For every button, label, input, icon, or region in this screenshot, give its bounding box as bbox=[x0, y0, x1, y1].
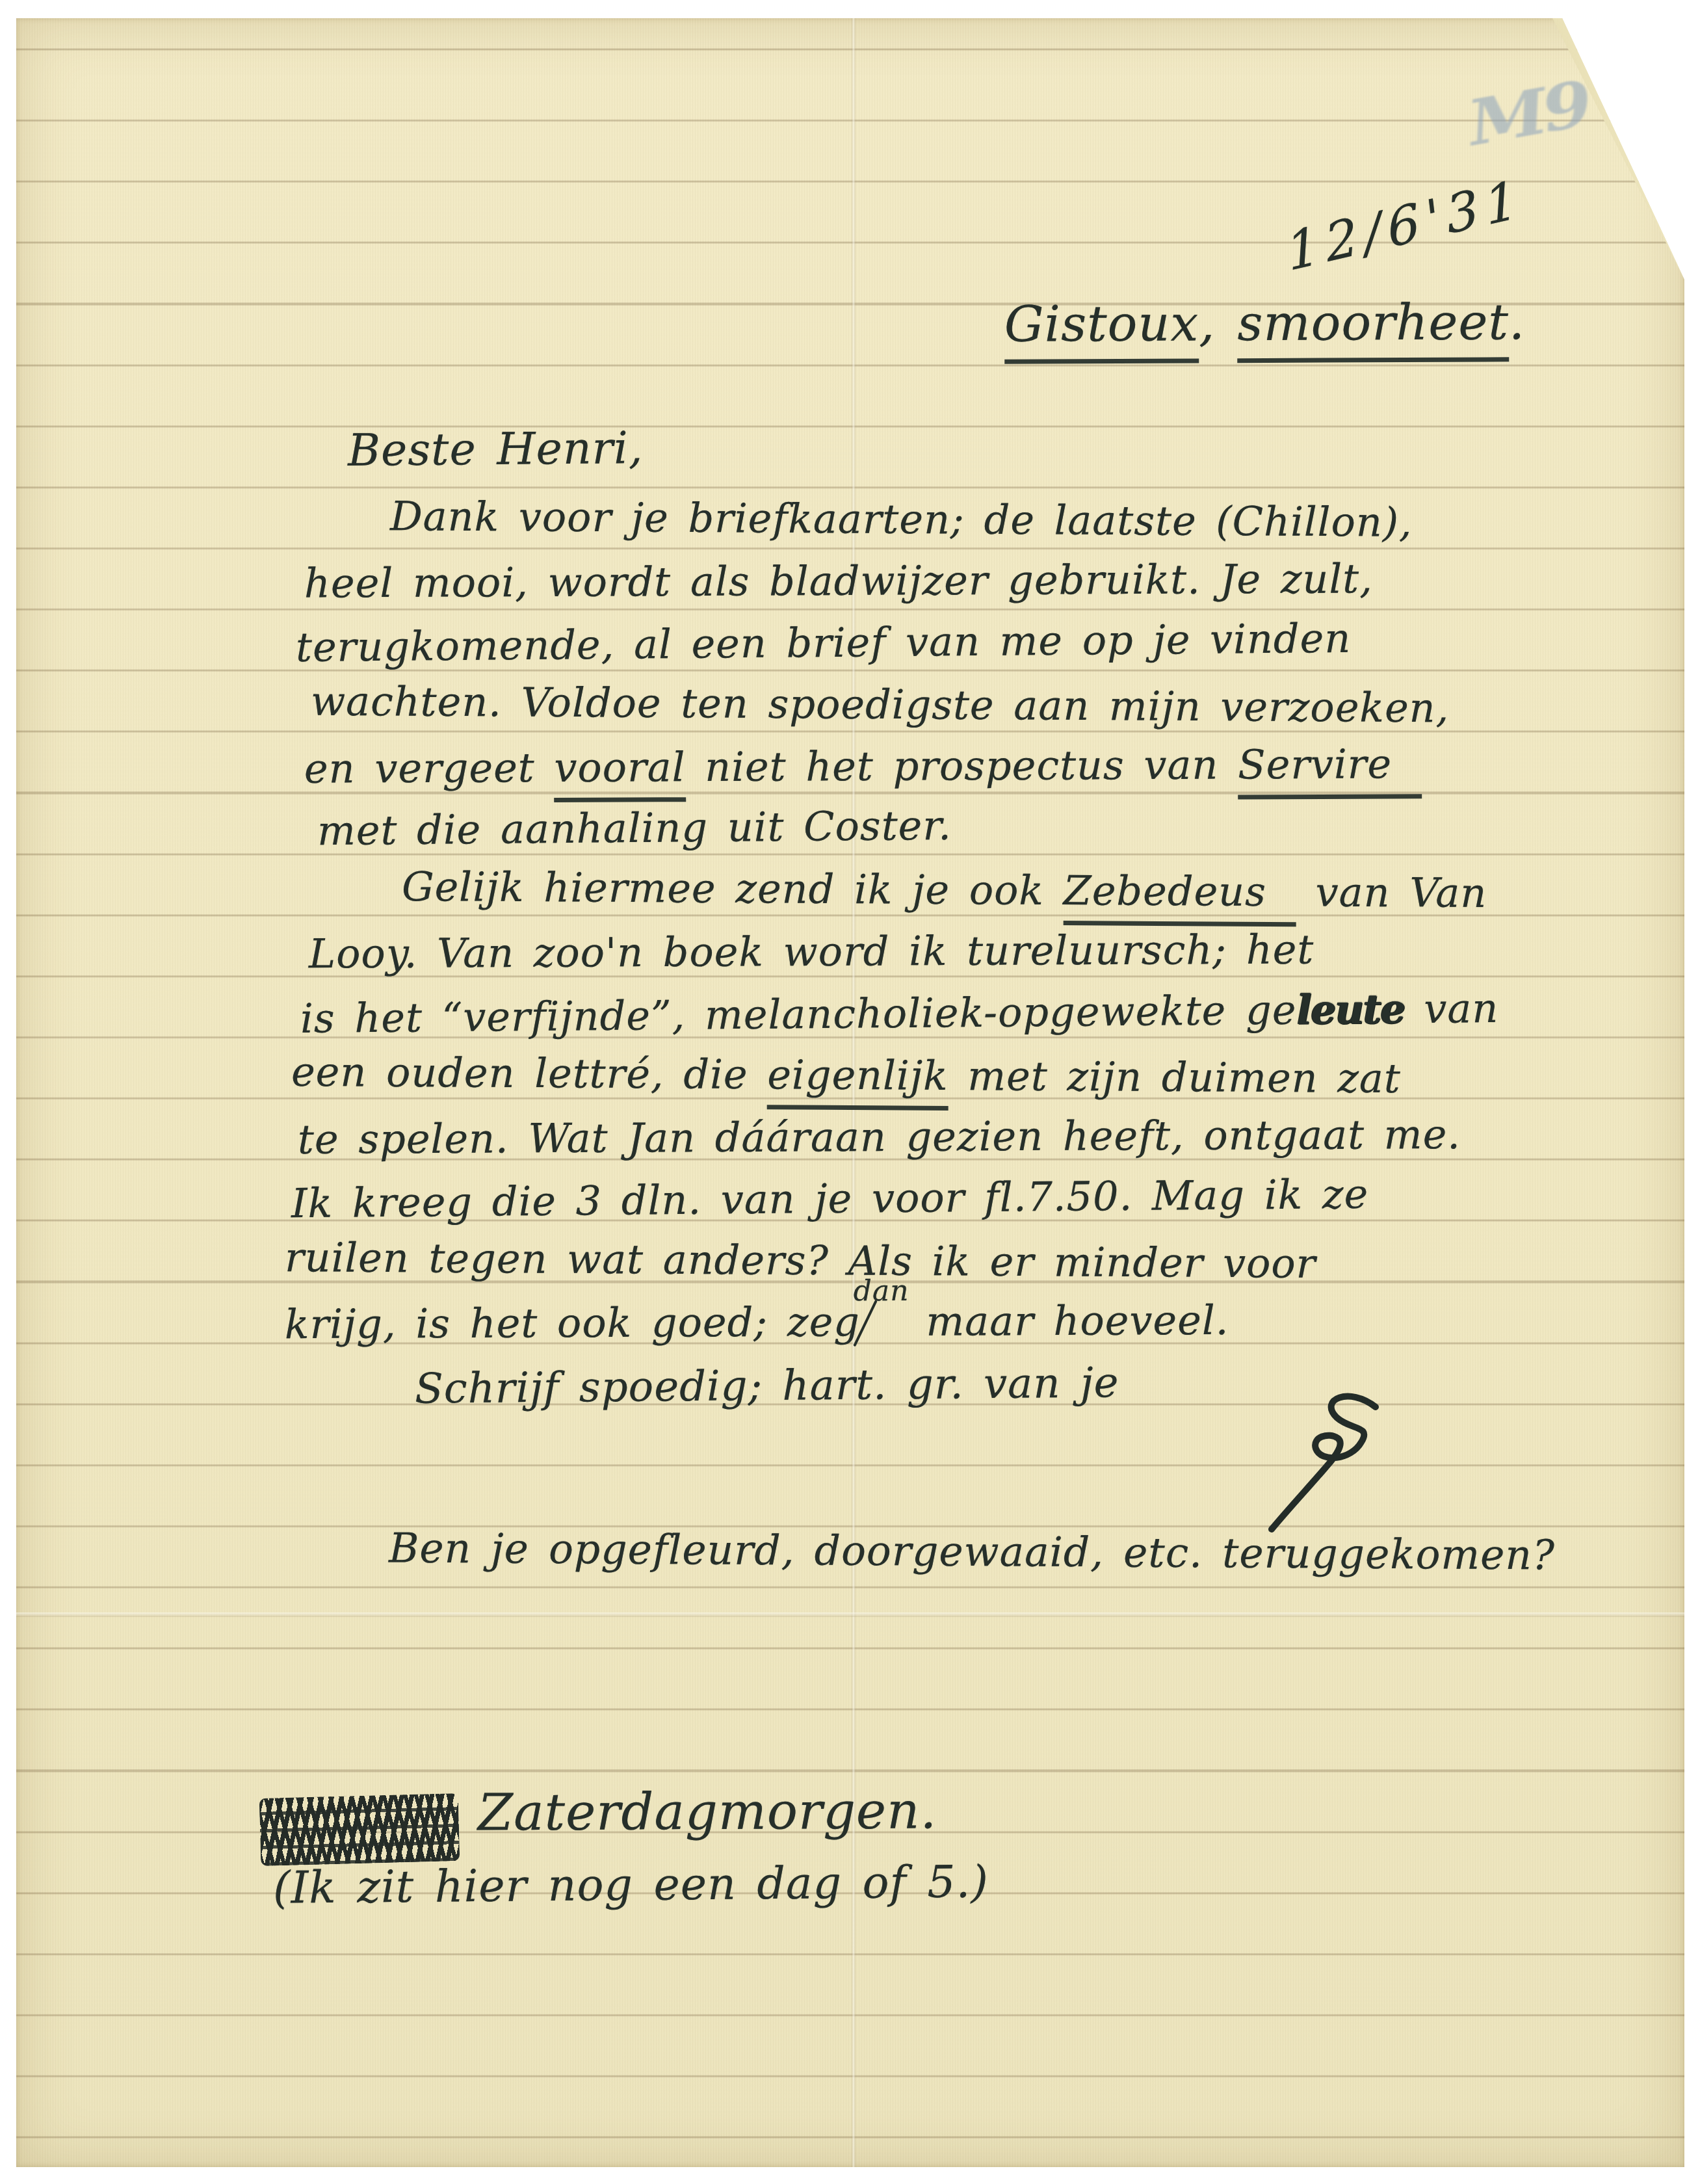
handwritten-line: heel mooi, wordt als bladwijzer gebruikt… bbox=[304, 555, 1373, 607]
place-period: . bbox=[1509, 293, 1526, 350]
closing-line: Schrijf spoedig; hart. gr. van je bbox=[415, 1359, 1119, 1413]
word-vooral-underlined: vooral bbox=[554, 743, 686, 802]
date-handwritten: 12/6'31 bbox=[1283, 168, 1527, 283]
line-segment: van bbox=[1404, 984, 1498, 1033]
handwritten-line: krijg, is het ook goed; zegdan maar hoev… bbox=[285, 1296, 1229, 1351]
line-segment: krijg, is het ook goed; zeg bbox=[285, 1298, 860, 1348]
handwritten-line: Dank voor je briefkaarten; de laatste (C… bbox=[390, 492, 1413, 546]
line-segment: Gelijk hiermee zend ik je ook bbox=[402, 863, 1064, 914]
handwritten-line: met die aanhaling uit Coster. bbox=[317, 802, 952, 855]
overwritten-correction: leute bbox=[1296, 985, 1405, 1033]
line-segment: met zijn duimen zat bbox=[948, 1052, 1401, 1102]
word-eigenlijk-underlined: eigenlijk bbox=[767, 1051, 948, 1111]
handwritten-line: een ouden lettré, die eigenlijk met zijn… bbox=[291, 1048, 1401, 1102]
handwritten-line: ruilen tegen wat anders? Als ik er minde… bbox=[285, 1233, 1316, 1287]
place-name-underlined: Gistoux bbox=[1004, 294, 1199, 363]
handwritten-line: Looy. Van zoo'n boek word ik tureluursch… bbox=[309, 926, 1314, 978]
handwritten-line: te spelen. Wat Jan dááraan gezien heeft,… bbox=[298, 1111, 1461, 1163]
handwritten-line: Ik kreeg die 3 dln. van je voor fl.7.50.… bbox=[291, 1170, 1369, 1227]
salutation-line: Beste Henri, bbox=[348, 423, 644, 477]
handwritten-line: is het “verfijnde”, melancholiek-opgewek… bbox=[300, 984, 1499, 1042]
line-segment: en vergeet bbox=[304, 744, 555, 793]
line-segment: van Van bbox=[1296, 868, 1487, 917]
line-segment: maar hoeveel. bbox=[907, 1296, 1229, 1345]
handwritten-line: wachten. Voldoe ten spoedigste aan mijn … bbox=[311, 678, 1450, 732]
line-segment: niet het prospectus van bbox=[685, 741, 1238, 791]
line-segment: is het “verfijnde”, melancholiek-opgewek… bbox=[300, 986, 1297, 1042]
line-segment: een ouden lettré, die bbox=[291, 1048, 768, 1098]
smoorheet-underlined: smoorheet bbox=[1237, 293, 1509, 363]
handwritten-line: terugkomende, al een brief van me op je … bbox=[296, 614, 1352, 671]
handwriting-layer: 12/6'31 Gistoux, smoorheet. Beste Henri,… bbox=[0, 0, 1700, 2184]
word-zebedeus-underlined: Zebedeus bbox=[1063, 867, 1296, 927]
postscript-stay-line: (Ik zit hier nog een dag of 5.) bbox=[273, 1856, 989, 1914]
signature-flourish bbox=[1266, 1390, 1416, 1546]
handwritten-line: Gelijk hiermee zend ik je ook Zebedeus v… bbox=[402, 863, 1487, 917]
word-servire-underlined: Servire bbox=[1238, 740, 1422, 799]
inserted-word-dan: dan bbox=[854, 1274, 909, 1308]
place-separator: , bbox=[1199, 294, 1238, 352]
scribbled-out-word bbox=[259, 1793, 460, 1866]
handwritten-line: en vergeet vooral niet het prospectus va… bbox=[304, 740, 1422, 793]
place-line: Gistoux, smoorheet. bbox=[1004, 293, 1525, 352]
postscript-day-line: Zaterdagmorgen. bbox=[478, 1782, 937, 1842]
